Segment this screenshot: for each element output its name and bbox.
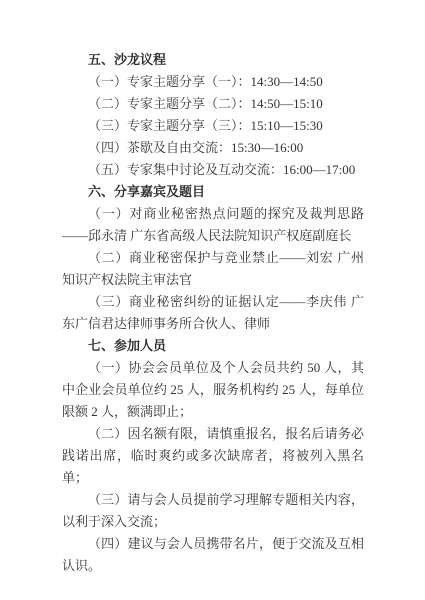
section-salon-agenda: 五、沙龙议程 （一）专家主题分享（一）：14:30—14:50 （二）专家主题分… — [62, 49, 364, 181]
agenda-item-4: （四）茶歇及自由交流：15:30—16:00 — [62, 137, 364, 159]
document-page: 五、沙龙议程 （一）专家主题分享（一）：14:30—14:50 （二）专家主题分… — [0, 0, 425, 600]
section-heading-salon-agenda: 五、沙龙议程 — [62, 49, 364, 71]
participant-item-3: （三）请与会人员提前学习理解专题相关内容，以利于深入交流； — [62, 489, 364, 533]
agenda-item-3: （三）专家主题分享（三）：15:10—15:30 — [62, 115, 364, 137]
agenda-item-2: （二）专家主题分享（二）：14:50—15:10 — [62, 93, 364, 115]
participant-item-4: （四）建议与会人员携带名片，便于交流及互相认识。 — [62, 533, 364, 577]
participant-item-2: （二）因名额有限，请慎重报名，报名后请务必践诺出席，临时爽约或多次缺席者，将被列… — [62, 423, 364, 489]
speaker-item-1: （一）对商业秘密热点问题的探究及裁判思路——邱永清 广东省高级人民法院知识产权庭… — [62, 203, 364, 247]
section-participants: 七、参加人员 （一）协会会员单位及个人会员共约 50 人，其中企业会员单位约 2… — [62, 335, 364, 577]
participant-item-1: （一）协会会员单位及个人会员共约 50 人，其中企业会员单位约 25 人，服务机… — [62, 357, 364, 423]
agenda-item-5: （五）专家集中讨论及互动交流：16:00—17:00 — [62, 159, 364, 181]
speaker-item-2: （二）商业秘密保护与竞业禁止——刘宏 广州知识产权法院主审法官 — [62, 247, 364, 291]
speaker-item-3: （三）商业秘密纠纷的证据认定——李庆伟 广东广信君达律师事务所合伙人、律师 — [62, 291, 364, 335]
section-heading-speakers-topics: 六、分享嘉宾及题目 — [62, 181, 364, 203]
section-heading-participants: 七、参加人员 — [62, 335, 364, 357]
section-speakers-topics: 六、分享嘉宾及题目 （一）对商业秘密热点问题的探究及裁判思路——邱永清 广东省高… — [62, 181, 364, 335]
agenda-item-1: （一）专家主题分享（一）：14:30—14:50 — [62, 71, 364, 93]
